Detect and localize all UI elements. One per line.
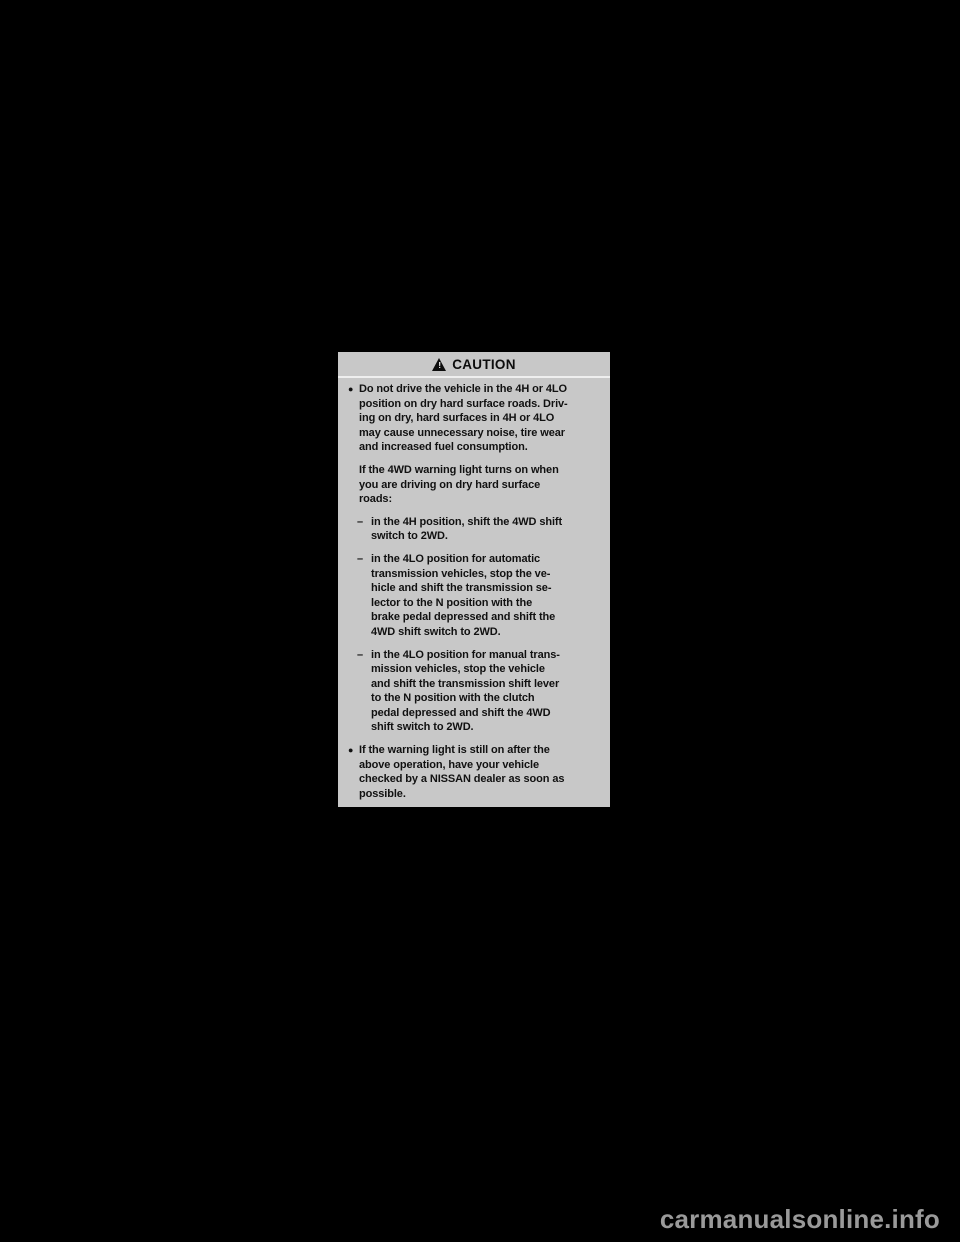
empty-marker <box>348 463 359 507</box>
list-item: ● Do not drive the vehicle in the 4H or … <box>348 382 601 455</box>
dash-marker: – <box>357 648 371 736</box>
caution-body: ● Do not drive the vehicle in the 4H or … <box>338 378 610 805</box>
dash-marker: – <box>357 515 371 544</box>
list-item: If the 4WD warning light turns on when y… <box>348 463 601 507</box>
caution-paragraph: If the 4WD warning light turns on when y… <box>359 463 601 507</box>
caution-paragraph: If the warning light is still on after t… <box>359 743 601 801</box>
warning-triangle-icon: ! <box>432 358 447 371</box>
manual-page: ! CAUTION ● Do not drive the vehicle in … <box>0 0 960 1242</box>
warning-exclamation: ! <box>432 361 447 371</box>
bullet-marker: ● <box>348 743 359 801</box>
caution-box: ! CAUTION ● Do not drive the vehicle in … <box>338 352 610 807</box>
list-sub-item: – in the 4LO position for automatic tran… <box>357 552 601 640</box>
caution-paragraph: in the 4LO position for manual trans- mi… <box>371 648 601 736</box>
list-sub-item: – in the 4LO position for manual trans- … <box>357 648 601 736</box>
watermark: carmanualsonline.info <box>660 1204 940 1235</box>
caution-header: ! CAUTION <box>338 352 610 378</box>
caution-title: CAUTION <box>452 357 516 372</box>
caution-paragraph: in the 4LO position for automatic transm… <box>371 552 601 640</box>
caution-paragraph: in the 4H position, shift the 4WD shift … <box>371 515 601 544</box>
list-sub-item: – in the 4H position, shift the 4WD shif… <box>357 515 601 544</box>
dash-marker: – <box>357 552 371 640</box>
bullet-marker: ● <box>348 382 359 455</box>
caution-paragraph: Do not drive the vehicle in the 4H or 4L… <box>359 382 601 455</box>
list-item: ● If the warning light is still on after… <box>348 743 601 801</box>
